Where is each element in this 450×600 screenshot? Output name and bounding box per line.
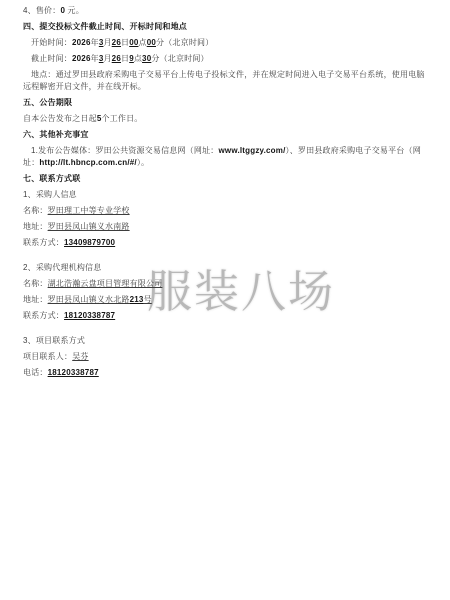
text-run: 1.发布公告媒体：罗田公共资源交易信息网（网址： — [31, 146, 218, 155]
underlined-value: 00 — [129, 38, 138, 47]
announcement-period-heading: 五、公告期限 — [23, 97, 426, 109]
text-run: 地址： — [23, 295, 48, 304]
document-page: 4、售价：0 元。四、提交投标文件截止时间、开标时间和地点开始时间：2026年3… — [0, 0, 450, 600]
text-run: 地点：通过罗田县政府采购电子交易平台上传电子投标文件，并在规定时间进入电子交易平… — [23, 70, 425, 91]
text-run: 项目联系人： — [23, 352, 72, 361]
text-run: 2026 — [72, 54, 91, 63]
underlined-value: 18120338787 — [48, 368, 99, 377]
text-run: 名称： — [23, 279, 48, 288]
purchaser-address-line: 地址：罗田县凤山镇义水南路 — [23, 221, 426, 233]
text-run: 分（北京时间） — [151, 54, 208, 63]
text-run: 元。 — [65, 6, 84, 15]
text-run: 分（北京时间） — [156, 38, 213, 47]
underlined-value: 罗田县凤山镇义水南路 — [48, 222, 130, 231]
text-run: 四、提交投标文件截止时间、开标时间和地点 — [23, 22, 187, 31]
text-run: 点 — [139, 38, 147, 47]
purchaser-info-title: 1、采购人信息 — [23, 189, 426, 201]
text-run: 2、采购代理机构信息 — [23, 263, 101, 272]
project-contact-person-line: 项目联系人：吴芬 — [23, 351, 426, 363]
underlined-value: 30 — [142, 54, 151, 63]
text-run: 截止时间： — [31, 54, 72, 63]
purchaser-name-line: 名称：罗田理工中等专业学校 — [23, 205, 426, 217]
document-body: 4、售价：0 元。四、提交投标文件截止时间、开标时间和地点开始时间：2026年3… — [23, 5, 426, 383]
text-run: 联系方式： — [23, 311, 64, 320]
underlined-value: 号 — [144, 295, 152, 304]
text-run: 名称： — [23, 206, 48, 215]
price-line: 4、售价：0 元。 — [23, 5, 426, 17]
text-run: 个工作日。 — [101, 114, 142, 123]
text-run: 电话： — [23, 368, 48, 377]
deadline-time-line: 截止时间：2026年3月26日9点30分（北京时间） — [23, 53, 426, 65]
text-run: 五、公告期限 — [23, 98, 72, 107]
text-run: 2026 — [72, 38, 91, 47]
text-run: 日 — [121, 54, 129, 63]
text-run: 年 — [91, 54, 99, 63]
text-run: 自本公告发布之日起 — [23, 114, 97, 123]
underlined-value: 18120338787 — [64, 311, 115, 320]
text-run: 年 — [91, 38, 99, 47]
text-run: 4、售价： — [23, 6, 60, 15]
purchaser-phone-line: 联系方式：13409879700 — [23, 237, 426, 249]
text-run: 点 — [134, 54, 142, 63]
text-run: 日 — [121, 38, 129, 47]
text-run: www.ltggzy.com/ — [218, 146, 285, 155]
project-contact-title: 3、项目联系方式 — [23, 335, 426, 347]
agency-phone-line: 联系方式：18120338787 — [23, 310, 426, 322]
text-run: ）。 — [137, 158, 149, 167]
text-run: 月 — [103, 54, 111, 63]
text-run: 七、联系方式联 — [23, 174, 80, 183]
underlined-value: 13409879700 — [64, 238, 115, 247]
text-run: 地址： — [23, 222, 48, 231]
underlined-value: 26 — [112, 38, 121, 47]
underlined-value: 罗田县凤山镇义水北路 — [48, 295, 130, 304]
agency-info-title: 2、采购代理机构信息 — [23, 262, 426, 274]
announcement-media-line: 1.发布公告媒体：罗田公共资源交易信息网（网址：www.ltggzy.com/）… — [23, 145, 426, 169]
underlined-value: 26 — [112, 54, 121, 63]
bid-location-line: 地点：通过罗田县政府采购电子交易平台上传电子投标文件，并在规定时间进入电子交易平… — [23, 69, 426, 93]
announcement-period-line: 自本公告发布之日起5个工作日。 — [23, 113, 426, 125]
contact-heading: 七、联系方式联 — [23, 173, 426, 185]
text-run: 1、采购人信息 — [23, 190, 77, 199]
underlined-value: 00 — [147, 38, 156, 47]
underlined-value: 213 — [130, 295, 144, 304]
text-run: 3、项目联系方式 — [23, 336, 85, 345]
text-run: 开始时间： — [31, 38, 72, 47]
underlined-value: 吴芬 — [72, 352, 88, 361]
agency-address-line: 地址：罗田县凤山镇义水北路213号 — [23, 294, 426, 306]
text-run: 联系方式： — [23, 238, 64, 247]
text-run: 月 — [103, 38, 111, 47]
text-run: http://lt.hbncp.com.cn/#/ — [39, 158, 136, 167]
submission-deadline-heading: 四、提交投标文件截止时间、开标时间和地点 — [23, 21, 426, 33]
underlined-value: 湖北浩瀚云盘项目管理有限公司 — [48, 279, 163, 288]
agency-name-line: 名称：湖北浩瀚云盘项目管理有限公司 — [23, 278, 426, 290]
underlined-value: 罗田理工中等专业学校 — [48, 206, 130, 215]
project-contact-phone-line: 电话：18120338787 — [23, 367, 426, 379]
start-time-line: 开始时间：2026年3月26日00点00分（北京时间） — [23, 37, 426, 49]
text-run: 六、其他补充事宜 — [23, 130, 89, 139]
supplement-heading: 六、其他补充事宜 — [23, 129, 426, 141]
